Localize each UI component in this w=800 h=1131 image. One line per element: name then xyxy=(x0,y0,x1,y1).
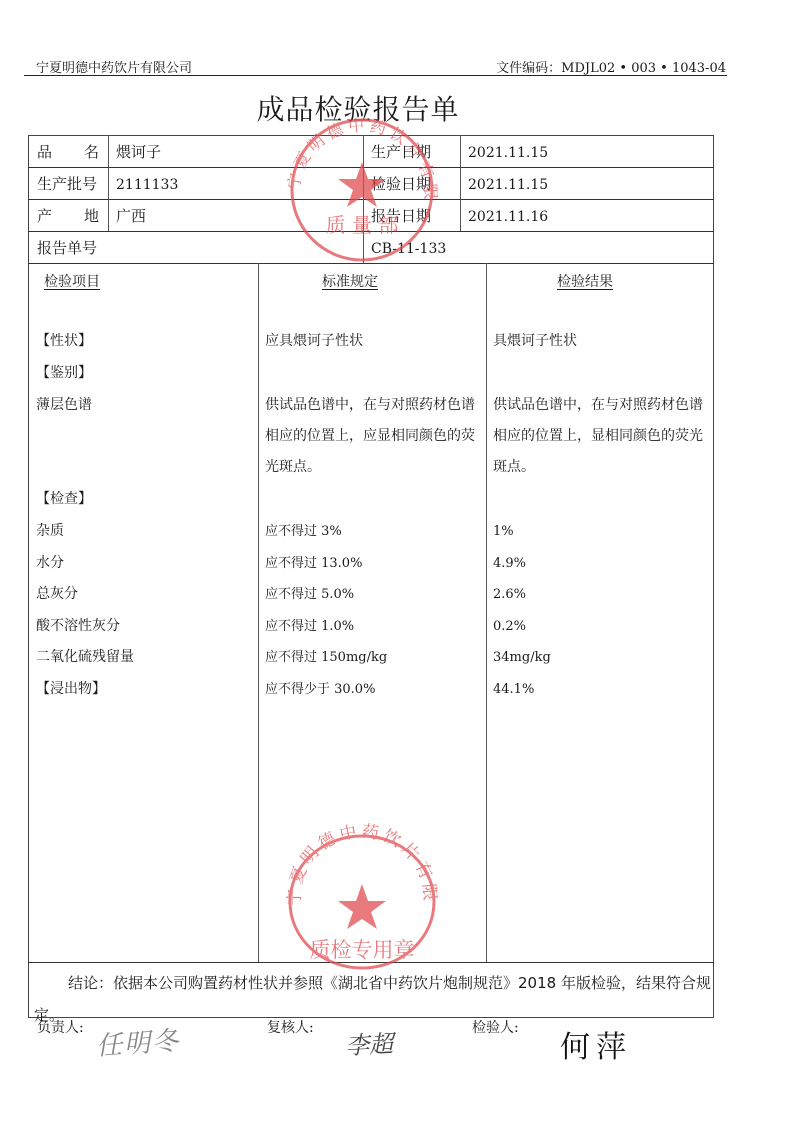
label-char: 品 xyxy=(37,143,52,161)
item-character: 【性状】 xyxy=(36,326,92,357)
product-name-label: 品名 xyxy=(37,143,99,161)
production-date-label: 生产日期 xyxy=(371,143,431,161)
standard-character: 应具煨诃子性状 xyxy=(265,326,363,357)
batch-value: 2111133 xyxy=(116,176,178,194)
result-character: 具煨诃子性状 xyxy=(493,326,577,357)
responsible-signature: 任明冬 xyxy=(95,1020,181,1063)
column-header-item: 检验项目 xyxy=(44,271,100,291)
test-standard: 应不得少于 30.0% xyxy=(265,674,375,705)
report-no-value: CB-11-133 xyxy=(371,240,446,258)
test-standard: 应不得过 150mg/kg xyxy=(265,642,387,673)
test-result: 2.6% xyxy=(493,579,526,610)
test-item: 杂质 xyxy=(36,516,64,547)
divider xyxy=(486,263,487,962)
test-result: 1% xyxy=(493,516,514,547)
inspector-label: 检验人: xyxy=(472,1017,519,1037)
divider xyxy=(108,135,109,231)
report-date-value: 2021.11.16 xyxy=(468,208,548,226)
origin-label: 产地 xyxy=(37,207,99,225)
divider xyxy=(28,167,714,168)
test-standard: 应不得过 3% xyxy=(265,516,342,547)
item-tlc: 薄层色谱 xyxy=(36,390,92,421)
company-name: 宁夏明德中药饮片有限公司 xyxy=(36,57,192,76)
item-inspection: 【检查】 xyxy=(36,484,92,515)
test-standard: 应不得过 5.0% xyxy=(265,579,354,610)
report-no-label: 报告单号 xyxy=(37,239,97,257)
test-result: 34mg/kg xyxy=(493,642,551,673)
test-result: 4.9% xyxy=(493,548,526,579)
standard-tlc: 供试品色谱中，在与对照药材色谱 相应的位置上，应显相同颜色的荧 光斑点。 xyxy=(265,390,475,483)
report-date-label: 报告日期 xyxy=(371,207,431,225)
text-line: 供试品色谱中，在与对照药材色谱 xyxy=(265,390,475,421)
divider xyxy=(28,263,714,264)
reviewer-signature: 李超 xyxy=(344,1024,394,1061)
test-item: 水分 xyxy=(36,548,64,579)
divider xyxy=(258,263,259,962)
test-standard: 应不得过 1.0% xyxy=(265,611,354,642)
label-char: 地 xyxy=(84,207,99,225)
column-header-standard: 标准规定 xyxy=(322,271,378,291)
inspection-date-label: 检验日期 xyxy=(371,175,431,193)
batch-label: 生产批号 xyxy=(37,175,97,193)
test-standard: 应不得过 13.0% xyxy=(265,548,362,579)
column-header-result: 检验结果 xyxy=(557,271,613,291)
reviewer-label: 复核人: xyxy=(267,1017,314,1037)
document-code: 文件编码：MDJL02 • 003 • 1043-04 xyxy=(496,57,726,76)
item-identification: 【鉴别】 xyxy=(36,358,92,389)
text-line: 相应的位置上，显相同颜色的荧光 xyxy=(493,421,703,452)
responsible-label: 负责人: xyxy=(37,1017,84,1037)
text-line: 斑点。 xyxy=(493,452,703,483)
text-line: 相应的位置上，应显相同颜色的荧 xyxy=(265,421,475,452)
test-result: 44.1% xyxy=(493,674,534,705)
divider xyxy=(28,199,714,200)
origin-value: 广西 xyxy=(116,207,146,225)
test-item: 二氧化硫残留量 xyxy=(36,642,134,673)
test-item: 总灰分 xyxy=(36,579,78,610)
report-table xyxy=(28,135,714,1018)
divider xyxy=(28,962,714,963)
inspector-signature: 何萍 xyxy=(560,1022,632,1066)
label-char: 名 xyxy=(84,143,99,161)
result-tlc: 供试品色谱中，在与对照药材色谱 相应的位置上，显相同颜色的荧光 斑点。 xyxy=(493,390,703,483)
test-item: 【浸出物】 xyxy=(36,674,106,705)
inspection-date-value: 2021.11.15 xyxy=(468,176,548,194)
divider xyxy=(460,135,461,231)
header-divider xyxy=(24,75,727,76)
text-line: 供试品色谱中，在与对照药材色谱 xyxy=(493,390,703,421)
label-char: 产 xyxy=(37,207,52,225)
divider xyxy=(28,231,714,232)
report-title: 成品检验报告单 xyxy=(0,88,716,128)
divider xyxy=(363,135,364,263)
text-line: 光斑点。 xyxy=(265,452,475,483)
production-date-value: 2021.11.15 xyxy=(468,144,548,162)
test-result: 0.2% xyxy=(493,611,526,642)
product-name-value: 煨诃子 xyxy=(116,143,161,161)
test-item: 酸不溶性灰分 xyxy=(36,611,120,642)
